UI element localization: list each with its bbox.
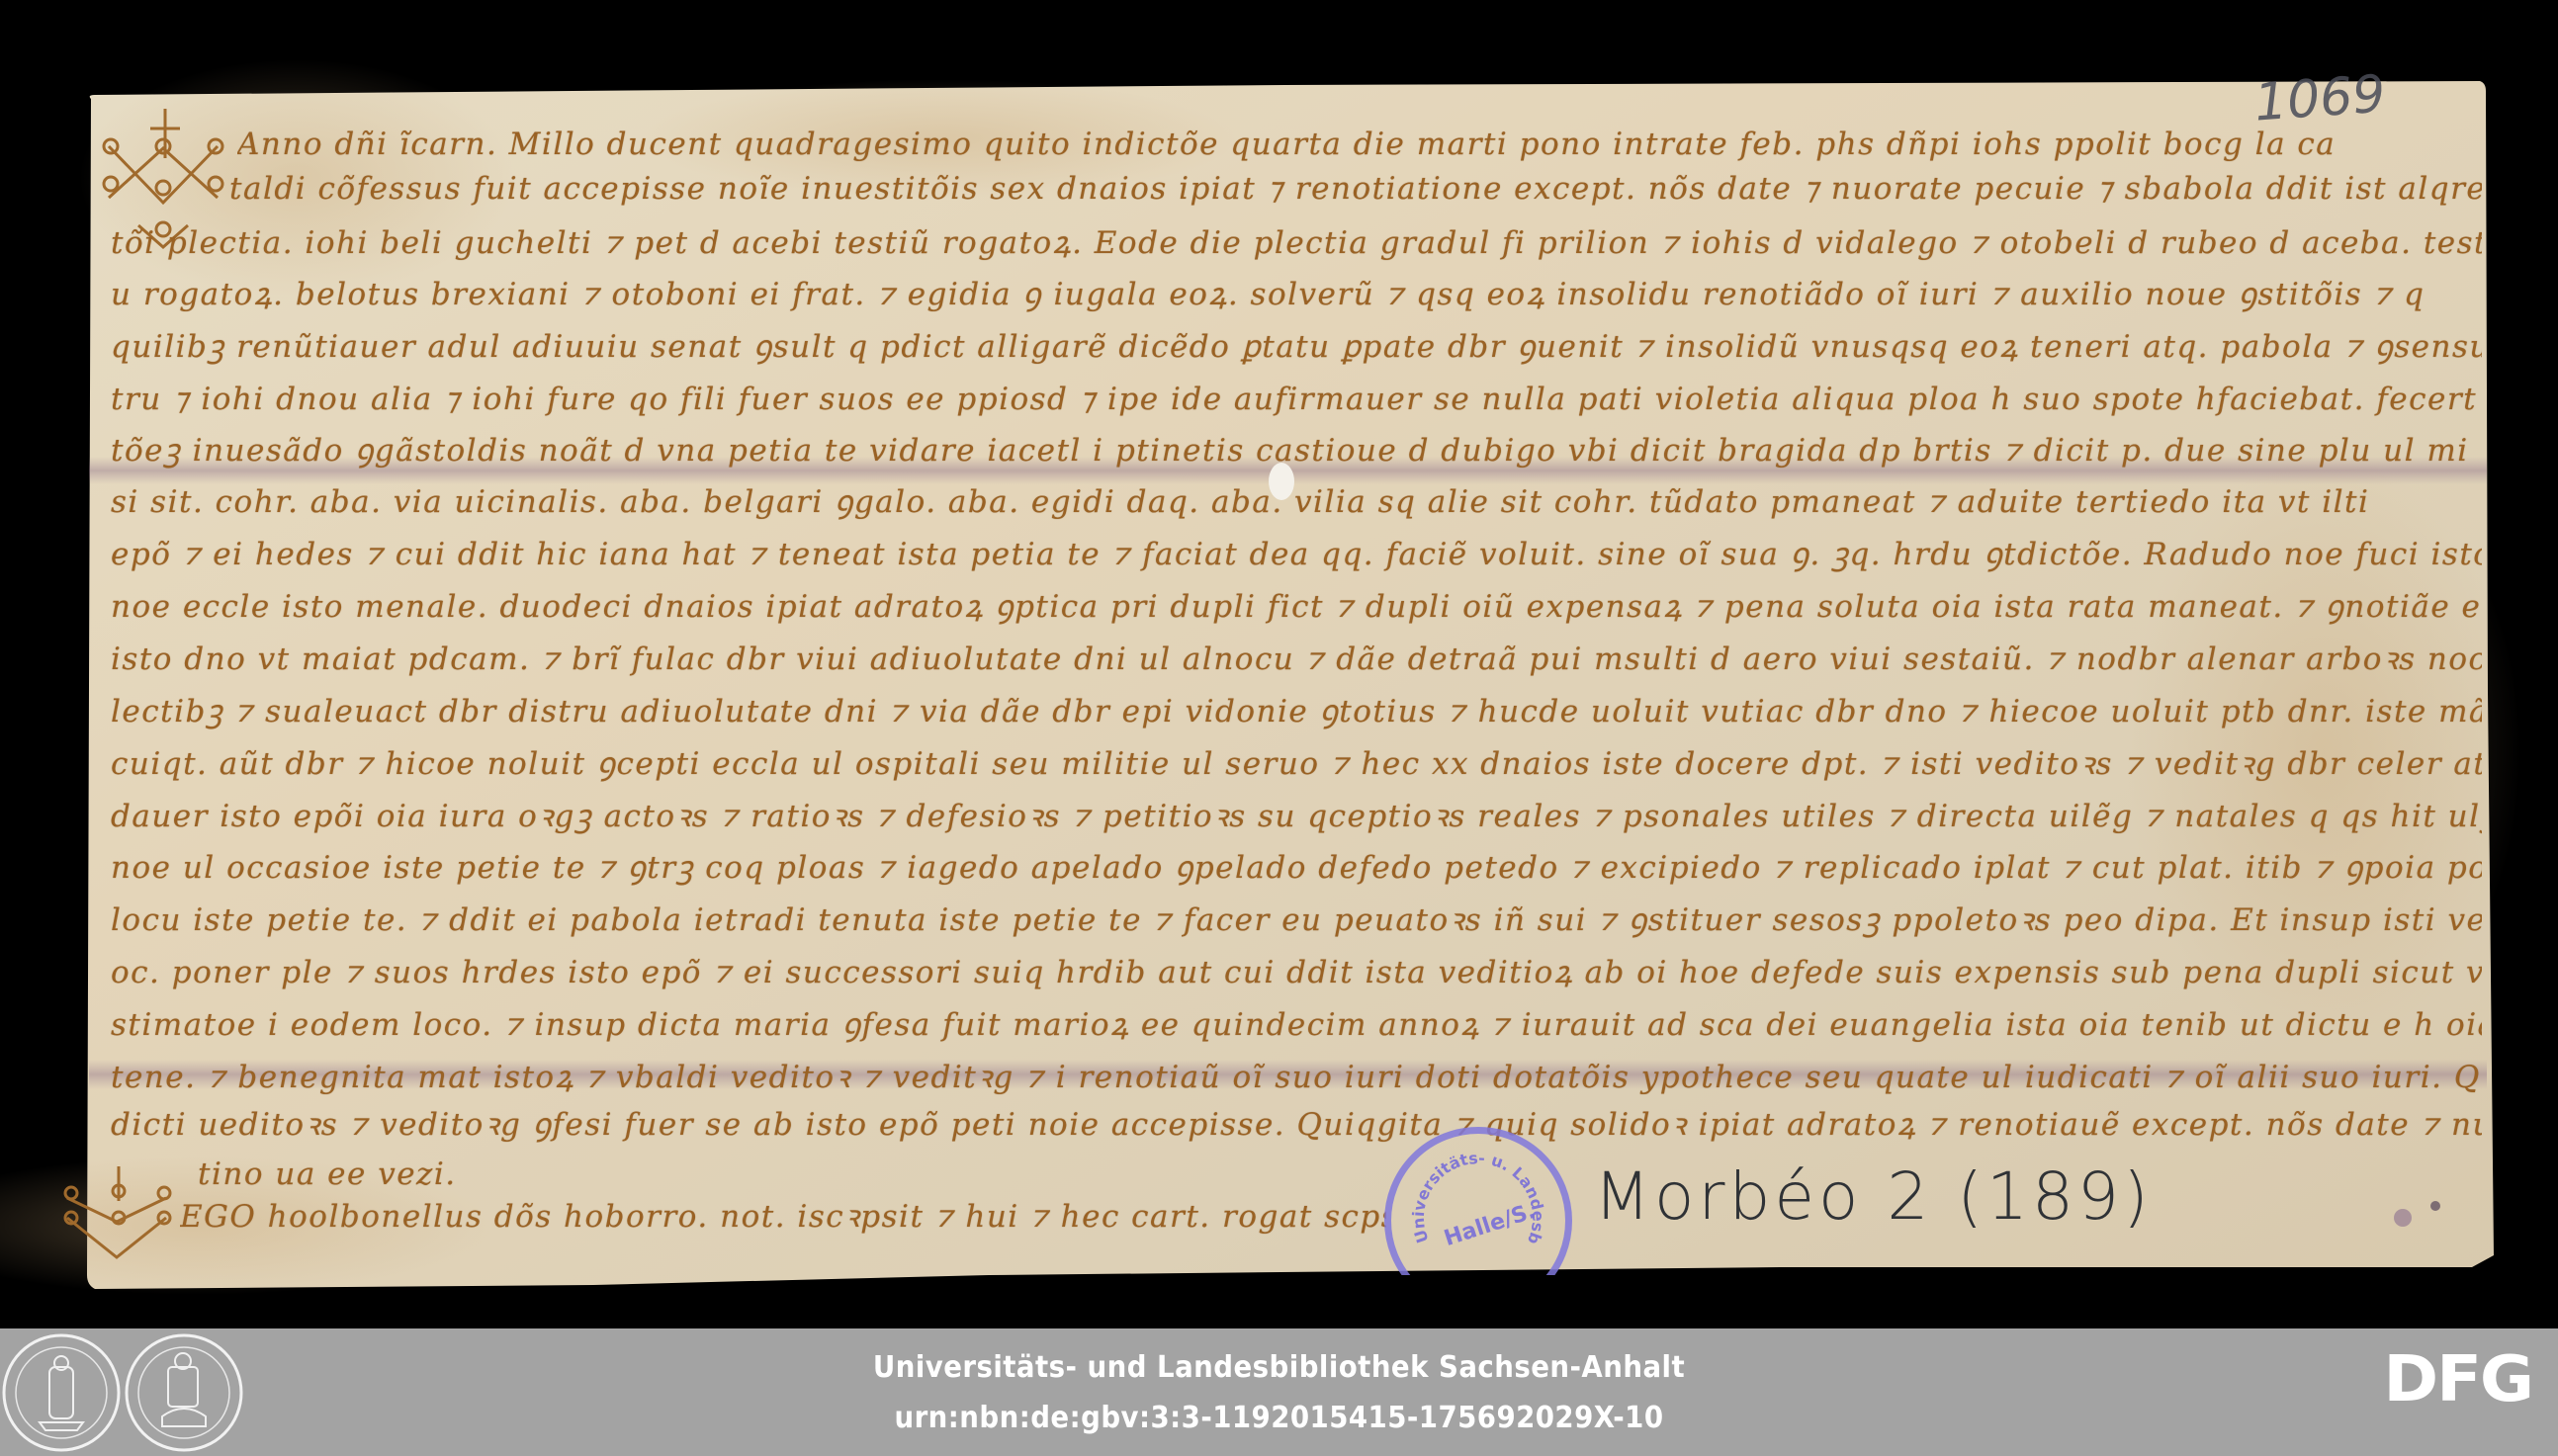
text-line: locu iste petie te. ⁊ ddit ei pabola iet… [111, 902, 2482, 938]
text-line: oc. poner ple ⁊ suos hrdes isto epõ ⁊ ei… [111, 955, 2482, 990]
institution-footer: Universitäts- und Landesbibliothek Sachs… [0, 1328, 2558, 1456]
shelfmark-annotation: Morbéo 2 (189) [1594, 1158, 2153, 1235]
parchment-charter: Anno dñi ĩcarn. Millo ducent quadragesim… [0, 0, 2558, 1328]
text-line: Anno dñi ĩcarn. Millo ducent quadragesim… [237, 127, 2482, 162]
text-line: dauer isto epõi oia iura oꝛgꝫ actoꝛs ⁊ r… [111, 799, 2482, 834]
text-line: dicti ueditoꝛs ⁊ veditoꝛg ꝯfesi fuer se … [111, 1107, 2482, 1143]
text-line: tru ⁊ iohi dnou alia ⁊ iohi fure qo fili… [111, 382, 2482, 417]
text-line: noe eccle isto menale. duodeci dnaios ip… [111, 589, 2482, 625]
institution-name: Universitäts- und Landesbibliothek Sachs… [102, 1350, 2455, 1385]
charter-text: Anno dñi ĩcarn. Millo ducent quadragesim… [0, 0, 2558, 1328]
text-line: lectibꝫ ⁊ sualeuact dbr distru adiuoluta… [111, 694, 2482, 729]
text-line: stimatoe i eodem loco. ⁊ insup dicta mar… [111, 1007, 2482, 1043]
text-line: tõi plectia. iohi beli guchelti ⁊ pet d … [111, 225, 2482, 261]
document-viewer: Anno dñi ĩcarn. Millo ducent quadragesim… [0, 0, 2558, 1328]
text-line: tõeꝫ inuesãdo ꝯgãstoldis noãt d vna peti… [111, 433, 2482, 469]
text-line: noe ul occasioe iste petie te ⁊ ꝯtrꝫ coq… [111, 850, 2482, 886]
text-line: tene. ⁊ benegnita mat istoꝝ ⁊ vbaldi ved… [111, 1060, 2482, 1095]
text-line: tino ua ee vezi. [198, 1156, 791, 1192]
text-line: isto dno vt maiat pdcam. ⁊ brĩ fulac dbr… [111, 642, 2482, 677]
urn-identifier: urn:nbn:de:gbv:3:3-1192015415-175692029X… [102, 1401, 2455, 1435]
text-line: si sit. cohr. aba. via uicinalis. aba. b… [111, 484, 2482, 520]
text-line: quilibꝫ renũtiauer adul adiuuiu senat ꝯs… [111, 329, 2482, 365]
folio-number: 1069 [2252, 64, 2387, 132]
notary-subscription: EGO hoolbonellus dõs hoborro. not. iscꝛp… [180, 1199, 1386, 1235]
dfg-logo: DFG [2383, 1350, 2532, 1410]
text-line: epõ ⁊ ei hedes ⁊ cui ddit hic iana hat ⁊… [111, 537, 2482, 572]
text-line: u rogatoꝝ. belotus brexiani ⁊ otoboni ei… [111, 277, 2482, 312]
text-line: taldi cõfessus fuit accepisse noĩe inues… [229, 171, 2482, 207]
text-line: cuiqt. aũt dbr ⁊ hicoe noluit ꝯcepti ecc… [111, 746, 2482, 782]
